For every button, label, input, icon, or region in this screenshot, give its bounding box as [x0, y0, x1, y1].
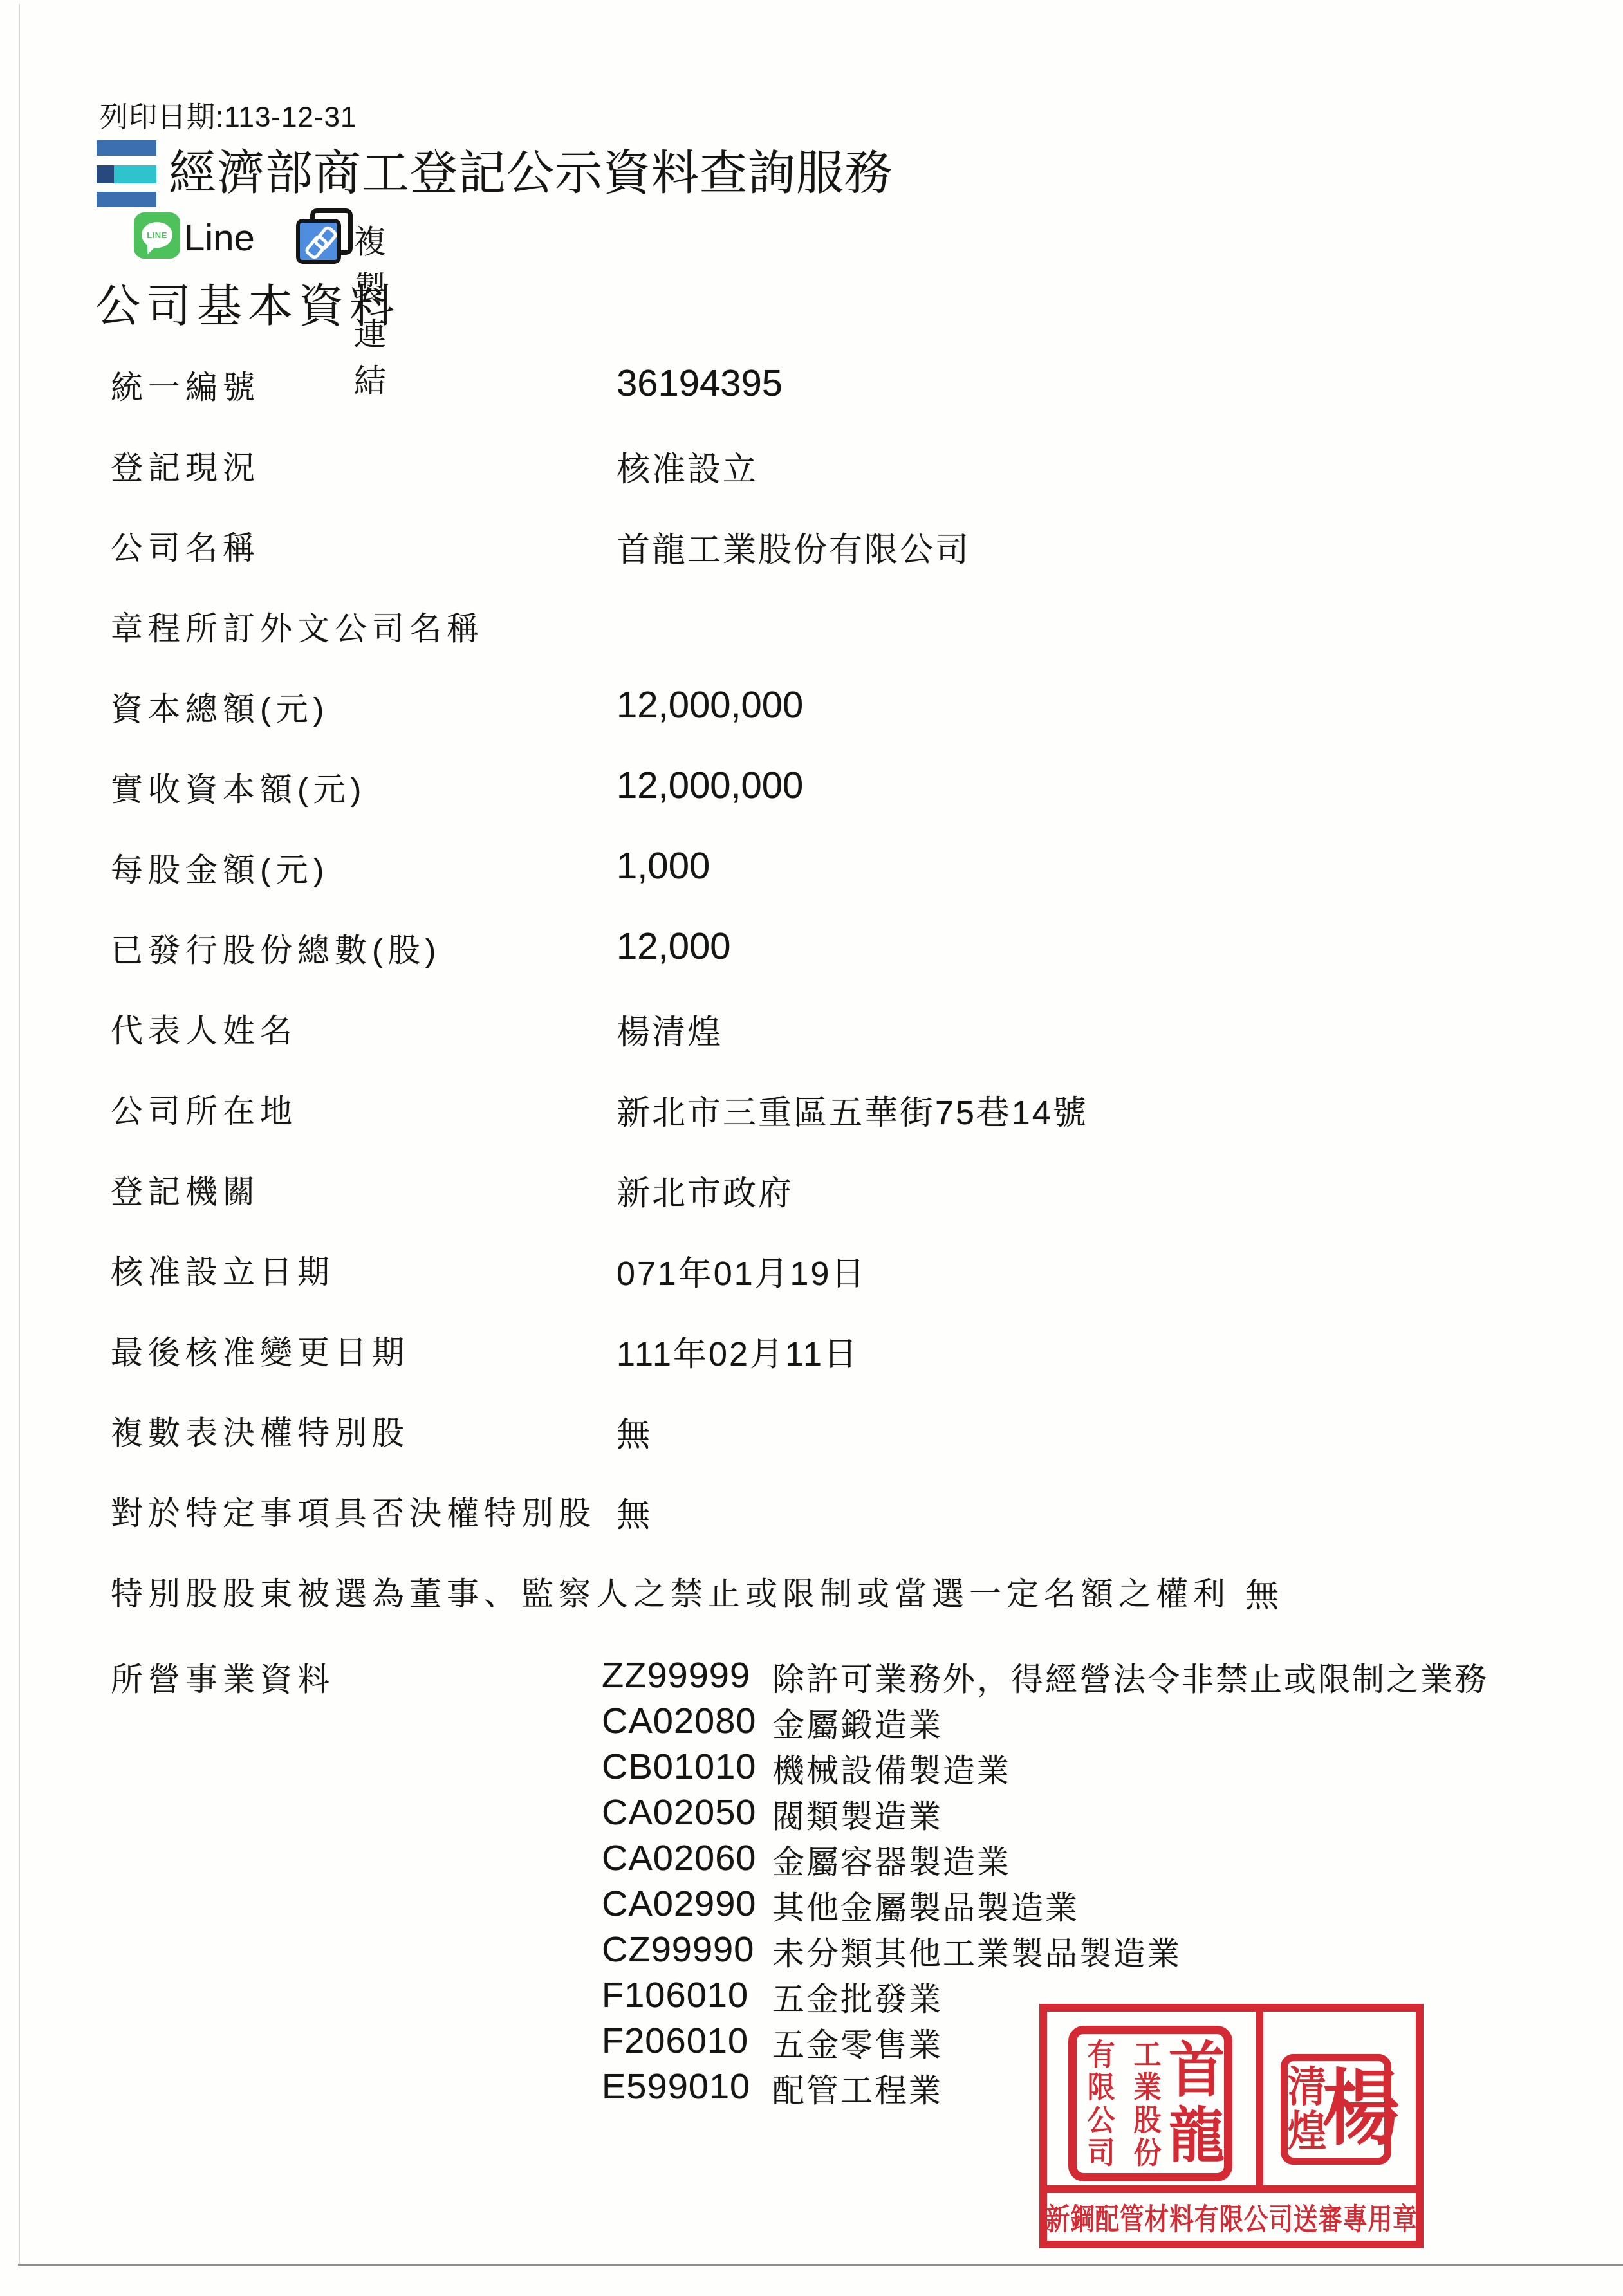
print-date: 列印日期:113-12-31: [100, 94, 357, 135]
info-value: 12,000: [617, 925, 730, 968]
line-bubble: LINE: [142, 222, 172, 248]
business-code: CA02990: [602, 1882, 757, 1924]
business-name: 除許可業務外，得經營法令非禁止或限制之業務: [772, 1654, 1489, 1700]
logo-bar-bottom: [97, 192, 156, 207]
scan-edge-horizontal: [18, 2264, 1623, 2266]
representative-name-seal: 楊清煌: [1281, 2054, 1391, 2165]
info-label: 已發行股份總數(股): [111, 925, 441, 971]
seal-character: 有: [1087, 2040, 1115, 2069]
seal-column: 首龍: [1171, 2038, 1223, 2169]
business-code: CZ99990: [602, 1928, 754, 1970]
seal-column: 楊: [1325, 2065, 1397, 2154]
moea-logo: [97, 140, 158, 206]
seal-character: 限: [1087, 2073, 1115, 2102]
business-name: 其他金屬製品製造業: [772, 1882, 1079, 1929]
info-value: 1,000: [617, 844, 710, 887]
business-name: 金屬鍛造業: [772, 1699, 943, 1746]
info-label: 核准設立日期: [111, 1246, 335, 1293]
info-value: 071年01月19日: [617, 1246, 866, 1295]
business-code: CA02080: [602, 1699, 757, 1741]
info-label: 統一編號: [111, 362, 260, 408]
seal-caption-text: 新鋼配管材料有限公司送審專用章: [1047, 2196, 1416, 2238]
info-label: 對於特定事項具否決權特別股: [111, 1488, 596, 1534]
business-name: 閥類製造業: [772, 1791, 943, 1837]
info-label: 最後核准變更日期: [111, 1327, 409, 1373]
info-label: 公司名稱: [111, 523, 260, 569]
info-label: 每股金額(元): [111, 844, 329, 891]
business-code: CB01010: [602, 1745, 757, 1787]
info-value: 111年02月11日: [617, 1327, 859, 1375]
info-value: 楊清煌: [617, 1005, 723, 1053]
seal-caption-band: 新鋼配管材料有限公司送審專用章: [1047, 2185, 1416, 2241]
info-label: 實收資本額(元): [111, 764, 366, 810]
business-code: CA02060: [602, 1837, 757, 1878]
info-value: 新北市三重區五華街75巷14號: [617, 1086, 1088, 1134]
seal-column: 清煌: [1289, 2065, 1325, 2154]
info-value: 無: [617, 1407, 652, 1456]
seal-character: 首: [1169, 2041, 1225, 2100]
info-value: 新北市政府: [617, 1166, 793, 1214]
info-value: 12,000,000: [617, 764, 803, 807]
info-label: 代表人姓名: [111, 1005, 297, 1051]
seal-character: 煌: [1288, 2111, 1326, 2152]
company-square-seal: 首龍工業股份有限公司: [1068, 2026, 1232, 2181]
business-code: E599010: [602, 2065, 750, 2107]
seal-divider: [1256, 2012, 1263, 2185]
info-value: 12,000,000: [617, 683, 803, 727]
info-label: 資本總額(元): [111, 683, 329, 730]
business-code: ZZ99999: [602, 1654, 750, 1696]
business-name: 未分類其他工業製品製造業: [772, 1928, 1182, 1974]
info-value: 36194395: [617, 362, 783, 405]
info-value: 核准設立: [617, 442, 758, 490]
seal-character: 清: [1288, 2066, 1326, 2107]
info-label: 公司所在地: [111, 1086, 297, 1132]
info-value: 無: [617, 1488, 652, 1536]
business-code: F206010: [602, 2019, 748, 2061]
seal-column: 工業股份: [1124, 2038, 1171, 2169]
scanned-document-page: 列印日期:113-12-31 經濟部商工登記公示資料查詢服務 LINE Line…: [0, 0, 1623, 2296]
business-code: CA02050: [602, 1791, 757, 1833]
seal-character: 司: [1087, 2138, 1115, 2168]
seal-character: 公: [1087, 2106, 1115, 2135]
page-title: 公司基本資料: [95, 270, 400, 335]
business-name: 五金零售業: [772, 2019, 943, 2066]
logo-bar-top: [97, 140, 156, 156]
info-value: 首龍工業股份有限公司: [617, 523, 970, 571]
line-icon: LINE: [134, 212, 180, 259]
seal-column: 有限公司: [1078, 2038, 1124, 2169]
info-value: 無: [1245, 1568, 1281, 1616]
seal-character: 股: [1133, 2106, 1161, 2135]
business-name: 金屬容器製造業: [772, 1837, 1011, 1883]
info-label: 登記機關: [111, 1166, 260, 1212]
info-label: 章程所訂外文公司名稱: [111, 603, 484, 649]
seal-character: 工: [1133, 2040, 1161, 2069]
info-label: 特別股股東被選為董事、監察人之禁止或限制或當選一定名額之權利: [111, 1568, 1230, 1615]
business-name: 配管工程業: [772, 2065, 943, 2111]
logo-bar-middle: [97, 165, 156, 183]
company-seal-block: 首龍工業股份有限公司 楊清煌 新鋼配管材料有限公司送審專用章: [1039, 2004, 1424, 2248]
info-label: 登記現況: [111, 442, 260, 488]
chain-link-icon: [296, 219, 341, 264]
site-title: 經濟部商工登記公示資料查詢服務: [169, 135, 893, 203]
seal-character: 龍: [1169, 2106, 1225, 2166]
business-name: 機械設備製造業: [772, 1745, 1011, 1791]
logo-bar-navy-segment: [97, 165, 114, 183]
business-scope-label: 所營事業資料: [111, 1654, 335, 1700]
business-code: F106010: [602, 1974, 748, 2015]
seal-character: 業: [1133, 2073, 1161, 2102]
seal-character: 份: [1133, 2138, 1161, 2168]
seal-character: 楊: [1322, 2068, 1400, 2151]
line-button-label: Line: [184, 216, 255, 259]
info-label: 複數表決權特別股: [111, 1407, 409, 1454]
business-name: 五金批發業: [772, 1974, 943, 2020]
scan-edge-vertical: [19, 4, 20, 2265]
